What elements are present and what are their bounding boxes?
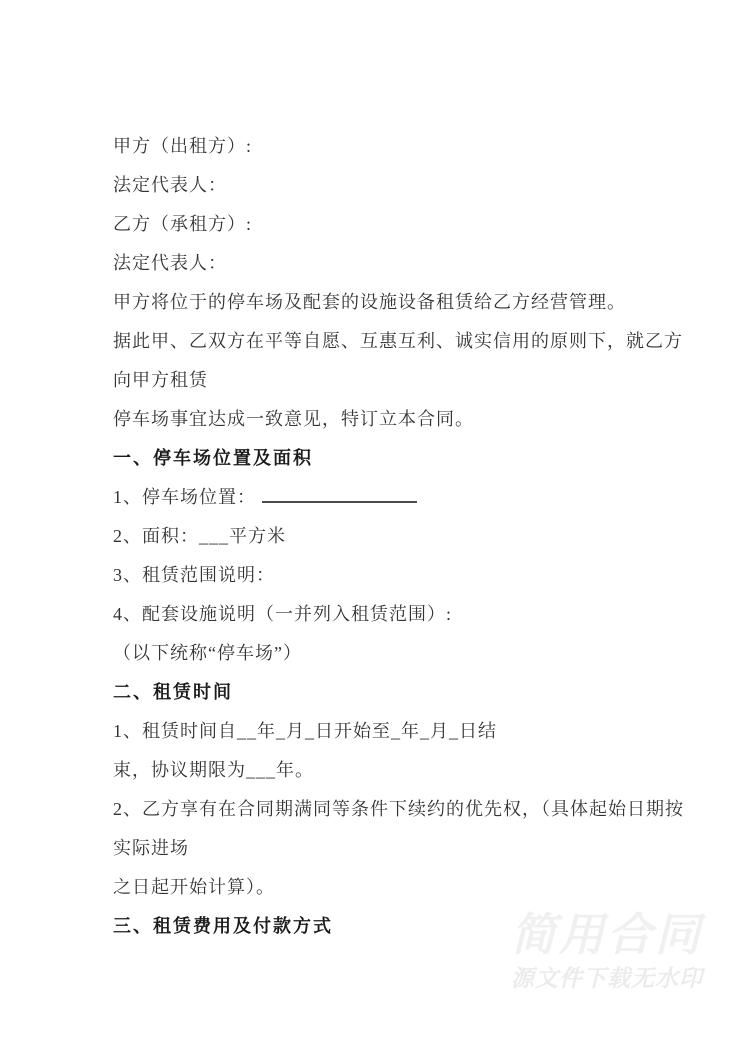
section-1-item-2: 2、面积：___平方米 — [113, 526, 648, 547]
contract-document-page: 甲方（出租方）: 法定代表人： 乙方（承租方）: 法定代表人： 甲方将位于的停车… — [0, 0, 742, 1049]
section-1-item-1: 1、停车场位置： — [113, 487, 648, 508]
party-a-legal-rep-label: 法定代表人： — [113, 175, 648, 196]
party-a-label: 甲方（出租方）: — [113, 136, 648, 157]
section-3-heading: 三、租赁费用及付款方式 — [113, 916, 648, 937]
preamble-line-2: 据此甲、乙双方在平等自愿、互惠互利、诚实信用的原则下，就乙方 — [113, 331, 648, 352]
parking-location-label: 1、停车场位置： — [113, 487, 256, 507]
preamble-line-1: 甲方将位于的停车场及配套的设施设备租赁给乙方经营管理。 — [113, 292, 648, 313]
parking-location-blank-underline — [262, 500, 417, 503]
contract-body: 甲方（出租方）: 法定代表人： 乙方（承租方）: 法定代表人： 甲方将位于的停车… — [113, 136, 648, 955]
section-1-item-4: 4、配套设施说明（一并列入租赁范围）: — [113, 604, 648, 625]
section-2-item-2-line-3: 之日起开始计算）。 — [113, 877, 648, 898]
section-2-item-1-line-2: 束，协议期限为___年。 — [113, 760, 648, 781]
section-2-heading: 二、租赁时间 — [113, 682, 648, 703]
section-2-item-1-line-1: 1、租赁时间自__年_月_日开始至_年_月_日结 — [113, 721, 648, 742]
watermark-subtitle: 源文件下载无水印 — [511, 966, 703, 990]
party-b-legal-rep-label: 法定代表人： — [113, 253, 648, 274]
section-1-heading: 一、停车场位置及面积 — [113, 448, 648, 469]
section-1-item-3: 3、租赁范围说明： — [113, 565, 648, 586]
preamble-line-3: 向甲方租赁 — [113, 370, 648, 391]
party-b-label: 乙方（承租方）: — [113, 214, 648, 235]
section-2-item-2-line-1: 2、乙方享有在合同期满同等条件下续约的优先权，（具体起始日期按 — [113, 799, 648, 820]
parking-lot-alias-note: （以下统称“停车场”） — [113, 643, 648, 664]
preamble-line-4: 停车场事宜达成一致意见，特订立本合同。 — [113, 409, 648, 430]
section-2-item-2-line-2: 实际进场 — [113, 838, 648, 859]
